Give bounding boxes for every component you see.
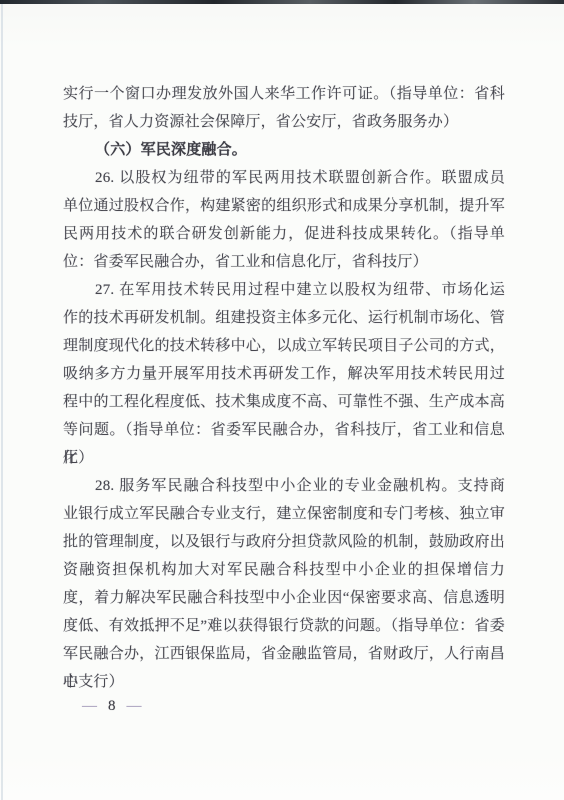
text-line: （六）军民深度融合。 — [63, 136, 505, 164]
text-line: 理制度现代化的技术转移中心，以成立军转民项目子公司的方式， — [63, 332, 505, 360]
footer-left-dash: — — [82, 698, 97, 714]
document-body: 实行一个窗口办理发放外国人来华工作许可证。（指导单位：省科技厅，省人力资源社会保… — [63, 80, 505, 696]
text-line: 批的管理制度，以及银行与政府分担贷款风险的机制，鼓励政府出 — [63, 528, 505, 556]
scan-artifact-left-edge — [1, 4, 3, 800]
text-line: 技厅，省人力资源社会保障厅，省公安厅，省政务服务办） — [63, 108, 505, 136]
text-line: 度，着力解决军民融合科技型中小企业因“保密要求高、信息透明 — [63, 584, 505, 612]
document-page: 实行一个窗口办理发放外国人来华工作许可证。（指导单位：省科技厅，省人力资源社会保… — [0, 0, 564, 800]
text-line: 程中的工程化程度低、技术集成度不高、可靠性不强、生产成本高 — [63, 388, 505, 416]
text-line: 吸纳多方力量开展军用技术再研发工作，解决军用技术转民用过 — [63, 360, 505, 388]
text-line: 民两用技术的联合研发创新能力，促进科技成果转化。（指导单 — [63, 220, 505, 248]
text-line: 单位通过股权合作，构建紧密的组织形式和成果分享机制，提升军 — [63, 192, 505, 220]
text-line: 厅） — [63, 444, 505, 472]
text-line: 28. 服务军民融合科技型中小企业的专业金融机构。支持商 — [63, 472, 505, 500]
footer-right-dash: — — [127, 698, 142, 714]
text-line: 心支行） — [63, 668, 505, 696]
scan-artifact-top-bar — [0, 0, 564, 4]
footer-page-number: 8 — [108, 698, 116, 714]
text-line: 位：省委军民融合办，省工业和信息化厅，省科技厅） — [63, 248, 505, 276]
text-line: 度低、有效抵押不足”难以获得银行贷款的问题。（指导单位：省委 — [63, 612, 505, 640]
text-line: 作的技术再研发机制。组建投资主体多元化、运行机制市场化、管 — [63, 304, 505, 332]
text-line: 等问题。（指导单位：省委军民融合办，省科技厅，省工业和信息化 — [63, 416, 505, 444]
text-line: 27. 在军用技术转民用过程中建立以股权为纽带、市场化运 — [63, 276, 505, 304]
text-line: 资融资担保机构加大对军民融合科技型中小企业的担保增信力 — [63, 556, 505, 584]
text-line: 业银行成立军民融合专业支行，建立保密制度和专门考核、独立审 — [63, 500, 505, 528]
page-footer: —8— — [82, 694, 142, 718]
text-line: 实行一个窗口办理发放外国人来华工作许可证。（指导单位：省科 — [63, 80, 505, 108]
text-line: 军民融合办，江西银保监局，省金融监管局，省财政厅，人行南昌中 — [63, 640, 505, 668]
text-line: 26. 以股权为纽带的军民两用技术联盟创新合作。联盟成员 — [63, 164, 505, 192]
